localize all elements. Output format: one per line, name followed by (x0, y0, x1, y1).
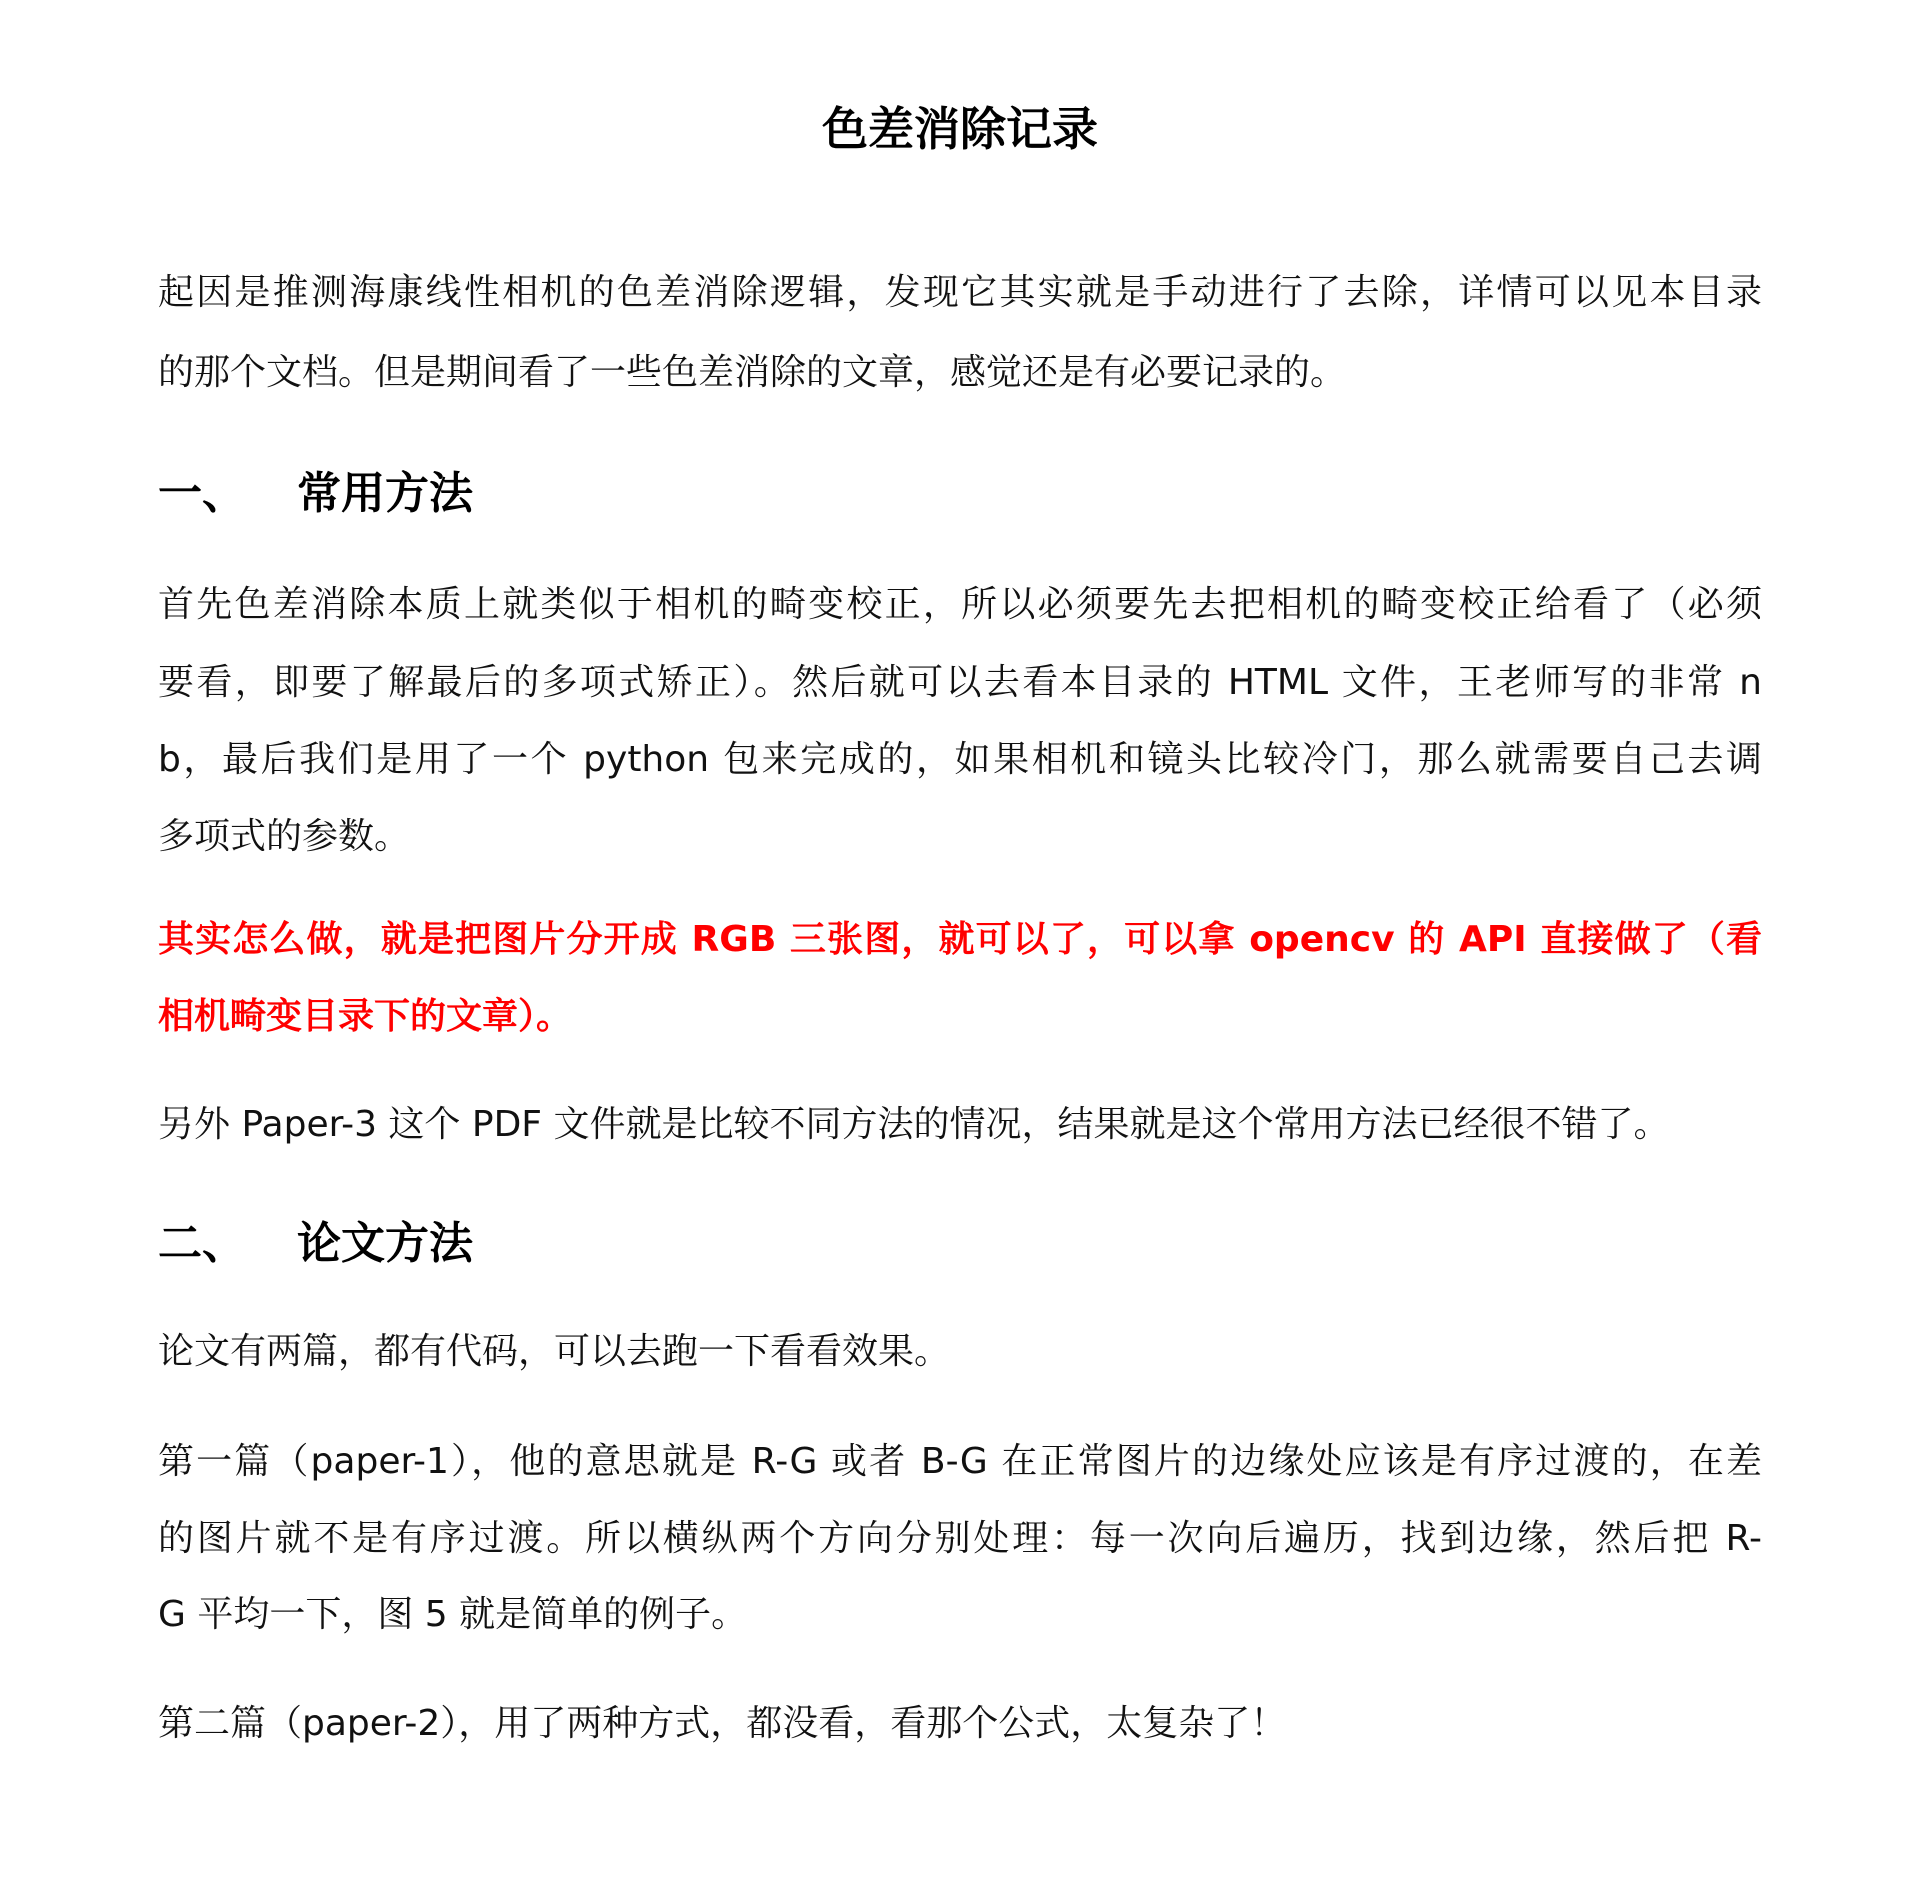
paragraph-line: 的图片就不是有序过渡。所以横纵两个方向分别处理：每一次向后遍历，找到边缘，然后把… (158, 1514, 1762, 1564)
section-heading-1: 一、常用方法 (158, 466, 473, 522)
document-page: 色差消除记录 起因是推测海康线性相机的色差消除逻辑，发现它其实就是手动进行了去除… (0, 0, 1920, 1897)
emphasis-line: 其实怎么做，就是把图片分开成 RGB 三张图，就可以了，可以拿 opencv 的… (158, 915, 1762, 965)
section-title: 论文方法 (297, 1218, 473, 1269)
section-number: 一、 (158, 466, 297, 522)
section-heading-2: 二、论文方法 (158, 1216, 473, 1272)
paragraph-line: 起因是推测海康线性相机的色差消除逻辑，发现它其实就是手动进行了去除，详情可以见本… (158, 268, 1762, 318)
document-title: 色差消除记录 (0, 100, 1920, 158)
paragraph-line: 首先色差消除本质上就类似于相机的畸变校正，所以必须要先去把相机的畸变校正给看了（… (158, 580, 1762, 630)
paragraph-line: 第二篇（paper-2），用了两种方式，都没看，看那个公式，太复杂了！ (158, 1699, 1762, 1749)
paragraph-line: 多项式的参数。 (158, 812, 1762, 862)
section-title: 常用方法 (297, 468, 473, 519)
paragraph-line: 的那个文档。但是期间看了一些色差消除的文章，感觉还是有必要记录的。 (158, 348, 1762, 398)
paragraph-line: 第一篇（paper-1），他的意思就是 R-G 或者 B-G 在正常图片的边缘处… (158, 1437, 1762, 1487)
paragraph-line: 论文有两篇，都有代码，可以去跑一下看看效果。 (158, 1327, 1762, 1377)
emphasis-line: 相机畸变目录下的文章）。 (158, 992, 1762, 1042)
paragraph-line: 要看，即要了解最后的多项式矫正）。然后就可以去看本目录的 HTML 文件，王老师… (158, 658, 1762, 708)
section-number: 二、 (158, 1216, 297, 1272)
paragraph-line: b，最后我们是用了一个 python 包来完成的，如果相机和镜头比较冷门，那么就… (158, 735, 1762, 785)
paragraph-line: 另外 Paper-3 这个 PDF 文件就是比较不同方法的情况，结果就是这个常用… (158, 1100, 1762, 1150)
paragraph-line: G 平均一下，图 5 就是简单的例子。 (158, 1590, 1762, 1640)
